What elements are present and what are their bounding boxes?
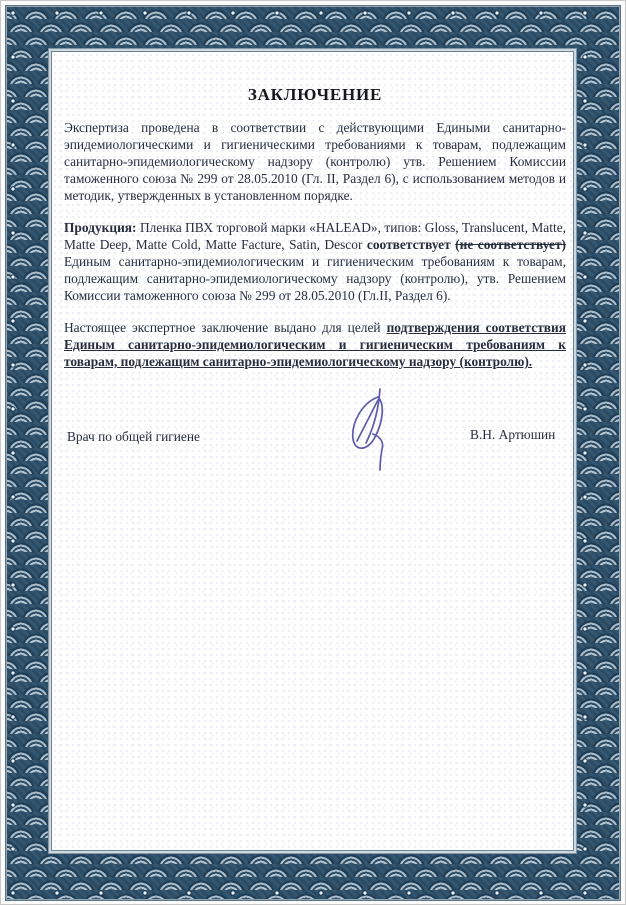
purpose-lead: Настоящее экспертное заключение выдано д… <box>64 320 381 335</box>
signature-row: Врач по общей гигиене В.Н. Артюшин <box>64 396 566 480</box>
document-area: ЗАКЛЮЧЕНИЕ Экспертиза проведена в соотве… <box>51 51 574 851</box>
product-paragraph: Продукция: Пленка ПВХ торговой марки «HA… <box>64 219 566 304</box>
verdict-struck-text: (не соответствует) <box>455 237 566 252</box>
signer-title: Врач по общей гигиене <box>67 428 200 445</box>
signer-name: В.Н. Артюшин <box>470 426 555 443</box>
signature-ink-icon <box>326 386 410 474</box>
purpose-paragraph: Настоящее экспертное заключение выдано д… <box>64 319 566 370</box>
product-label: Продукция: <box>64 220 137 235</box>
expertise-text: Экспертиза проведена в соответствии с де… <box>64 120 566 203</box>
document-content: ЗАКЛЮЧЕНИЕ Экспертиза проведена в соотве… <box>64 86 566 480</box>
certificate-page: ЗАКЛЮЧЕНИЕ Экспертиза проведена в соотве… <box>0 0 626 905</box>
verdict-text: соответствует <box>367 237 451 252</box>
product-continuation: Единым санитарно-эпидемиологическим и ги… <box>64 254 566 303</box>
expertise-paragraph: Экспертиза проведена в соответствии с де… <box>64 119 566 204</box>
document-title: ЗАКЛЮЧЕНИЕ <box>64 86 566 103</box>
